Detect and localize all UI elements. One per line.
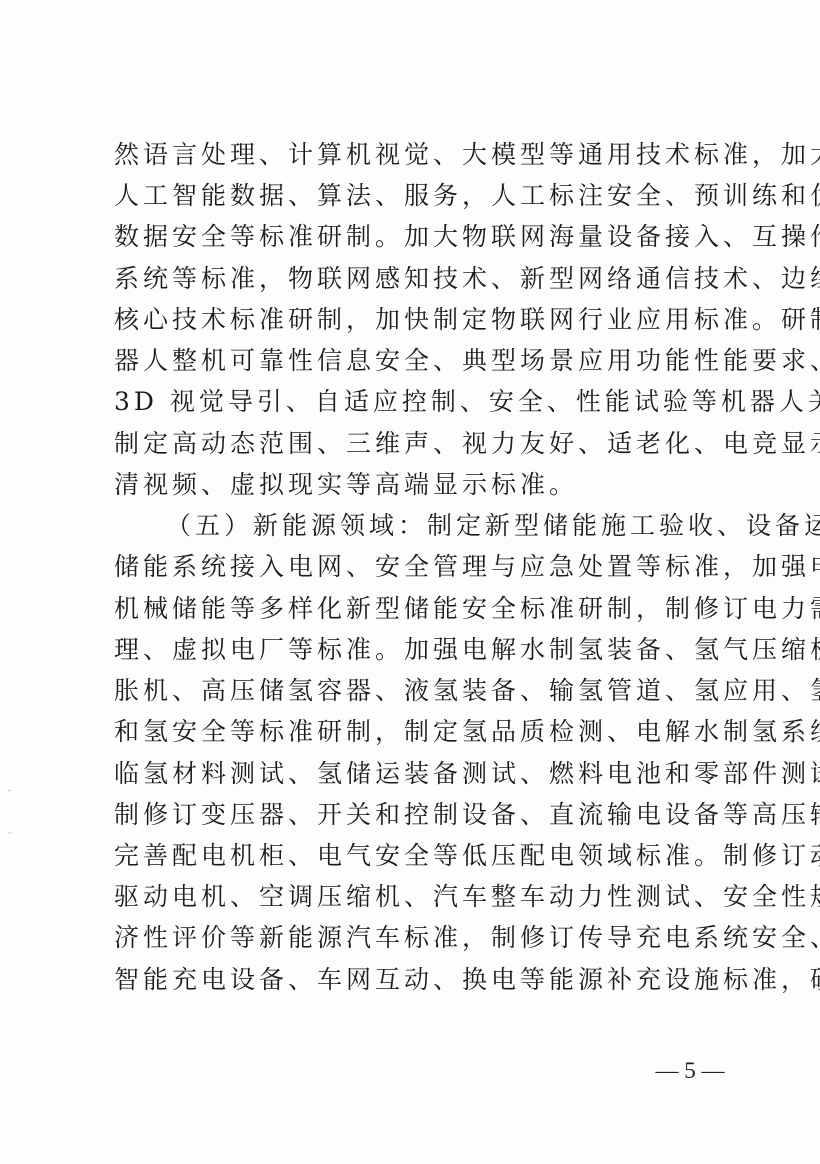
text-line: 理、虚拟电厂等标准。加强电解水制氢装备、氢气压缩机、氢膨 <box>114 629 734 670</box>
text-line: 制定高动态范围、三维声、视力友好、适老化、电竞显示、超高 <box>114 423 734 464</box>
body-text: 然语言处理、计算机视觉、大模型等通用技术标准，加大生成式 人工智能数据、算法、服… <box>114 134 734 1000</box>
text-line: 完善配电机柜、电气安全等低压配电领域标准。制修订动力电池、 <box>114 835 734 876</box>
text-line: 驱动电机、空调压缩机、汽车整车动力性测试、安全性规范、经 <box>114 876 734 917</box>
text-line: 数据安全等标准研制。加大物联网海量设备接入、互操作、操作 <box>114 216 734 257</box>
text-line: 然语言处理、计算机视觉、大模型等通用技术标准，加大生成式 <box>114 134 734 175</box>
text-line: 胀机、高压储氢容器、液氢装备、输氢管道、氢应用、氢电融合 <box>114 670 734 711</box>
document-page: 然语言处理、计算机视觉、大模型等通用技术标准，加大生成式 人工智能数据、算法、服… <box>0 0 820 1164</box>
text-line: 机械储能等多样化新型储能安全标准研制，制修订电力需求侧管 <box>114 588 734 629</box>
text-line: 核心技术标准研制，加快制定物联网行业应用标准。研制工业机 <box>114 299 734 340</box>
scan-speck <box>352 693 354 695</box>
text-line: 济性评价等新能源汽车标准，制修订传导充电系统安全、交直流 <box>114 917 734 958</box>
text-line: 和氢安全等标准研制，制定氢品质检测、电解水制氢系统测试、 <box>114 711 734 752</box>
text-line: 储能系统接入电网、安全管理与应急处置等标准，加强电化学、 <box>114 546 734 587</box>
text-line: 智能充电设备、车网互动、换电等能源补充设施标准，研制自动 <box>114 959 734 1000</box>
text-line: 3D 视觉导引、自适应控制、安全、性能试验等机器人关键标准。 <box>114 381 734 422</box>
text-line: 人工智能数据、算法、服务，人工标注安全、预训练和优化训练 <box>114 175 734 216</box>
scan-speck <box>8 789 11 791</box>
text-line: 制修订变压器、开关和控制设备、直流输电设备等高压输电标准， <box>114 794 734 835</box>
text-line: 清视频、虚拟现实等高端显示标准。 <box>114 464 734 505</box>
text-line: 器人整机可靠性信息安全、典型场景应用功能性能要求、机器人 <box>114 340 734 381</box>
section-heading-line: （五）新能源领域：制定新型储能施工验收、设备运行维护、 <box>114 505 734 546</box>
text-line: 系统等标准，物联网感知技术、新型网络通信技术、边缘计算等 <box>114 258 734 299</box>
scan-speck <box>8 831 11 833</box>
text-line: 临氢材料测试、氢储运装备测试、燃料电池和零部件测试等标准。 <box>114 753 734 794</box>
page-number: — 5 — <box>650 1058 730 1084</box>
